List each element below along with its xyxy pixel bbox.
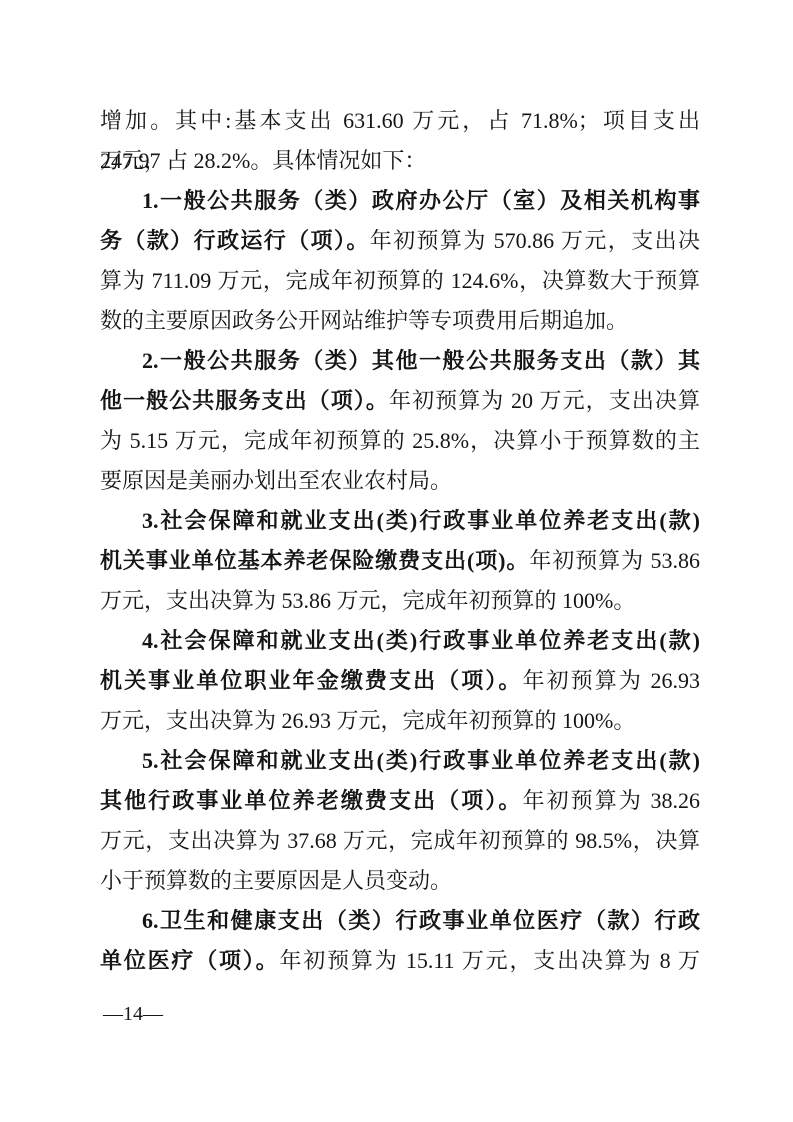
heading-segment: 他一般公共服务支出（项）。 (100, 388, 389, 413)
body-segment: 年初预算为 20 万元，支出决算 (389, 388, 700, 413)
heading-segment: 机关事业单位职业年金缴费支出（项）。 (100, 668, 522, 693)
body-segment: 算为 711.09 万元，完成年初预算的 124.6%，决算数大于预算 (100, 268, 700, 293)
body-segment: 小于预算数的主要原因是人员变动。 (100, 868, 452, 893)
text-line: 单位医疗（项）。年初预算为 15.11 万元，支出决算为 8 万 (100, 941, 700, 981)
text-line: 万元，支出决算为 26.93 万元，完成年初预算的 100%。 (100, 701, 700, 741)
body-segment: 年初预算为 570.86 万元，支出决 (370, 228, 700, 253)
text-line: 他一般公共服务支出（项）。年初预算为 20 万元，支出决算 (100, 381, 700, 421)
body-segment: 年初预算为 38.26 (522, 788, 700, 813)
text-line: 2.一般公共服务（类）其他一般公共服务支出（款）其 (100, 341, 700, 381)
heading-segment: 3.社会保障和就业支出(类)行政事业单位养老支出(款) (142, 508, 700, 533)
text-line: 增加。其中:基本支出 631.60 万元，占 71.8%；项目支出 247.97 (100, 101, 700, 141)
body-segment: 万元，支出决算为 26.93 万元，完成年初预算的 100%。 (100, 708, 635, 733)
body-segment: 年初预算为 26.93 (522, 668, 700, 693)
text-line: 6.卫生和健康支出（类）行政事业单位医疗（款）行政 (100, 901, 700, 941)
body-segment: 数的主要原因政务公开网站维护等专项费用后期追加。 (100, 308, 628, 333)
text-line: 务（款）行政运行（项）。年初预算为 570.86 万元，支出决 (100, 221, 700, 261)
heading-segment: 6.卫生和健康支出（类）行政事业单位医疗（款）行政 (142, 908, 700, 933)
body-segment: 年初预算为 15.11 万元，支出决算为 8 万 (280, 948, 701, 973)
heading-segment: 其他行政事业单位养老缴费支出（项）。 (100, 788, 522, 813)
text-line: 数的主要原因政务公开网站维护等专项费用后期追加。 (100, 301, 700, 341)
body-segment: 年初预算为 53.86 (529, 548, 700, 573)
heading-segment: 2.一般公共服务（类）其他一般公共服务支出（款）其 (142, 348, 700, 373)
heading-segment: 机关事业单位基本养老保险缴费支出(项)。 (100, 548, 529, 573)
body-segment: 万元，占 28.2%。具体情况如下： (100, 148, 426, 173)
document-page: 增加。其中:基本支出 631.60 万元，占 71.8%；项目支出 247.97… (0, 0, 793, 1122)
text-line: 4.社会保障和就业支出(类)行政事业单位养老支出(款) (100, 621, 700, 661)
heading-segment: 1.一般公共服务（类）政府办公厅（室）及相关机构事 (142, 188, 700, 213)
text-line: 万元，支出决算为 53.86 万元，完成年初预算的 100%。 (100, 581, 700, 621)
text-line: 为 5.15 万元，完成年初预算的 25.8%，决算小于预算数的主 (100, 421, 700, 461)
heading-segment: 4.社会保障和就业支出(类)行政事业单位养老支出(款) (142, 628, 700, 653)
text-line: 机关事业单位基本养老保险缴费支出(项)。年初预算为 53.86 (100, 541, 700, 581)
body-segment: 万元，支出决算为 37.68 万元，完成年初预算的 98.5%，决算 (100, 828, 700, 853)
text-line: 3.社会保障和就业支出(类)行政事业单位养老支出(款) (100, 501, 700, 541)
heading-segment: 务（款）行政运行（项）。 (100, 228, 370, 253)
page-number: —14— (103, 1002, 163, 1026)
text-block: 增加。其中:基本支出 631.60 万元，占 71.8%；项目支出 247.97… (100, 101, 700, 981)
text-line: 算为 711.09 万元，完成年初预算的 124.6%，决算数大于预算 (100, 261, 700, 301)
text-line: 其他行政事业单位养老缴费支出（项）。年初预算为 38.26 (100, 781, 700, 821)
text-line: 小于预算数的主要原因是人员变动。 (100, 861, 700, 901)
text-line: 万元，占 28.2%。具体情况如下： (100, 141, 700, 181)
heading-segment: 单位医疗（项）。 (100, 948, 280, 973)
text-line: 万元，支出决算为 37.68 万元，完成年初预算的 98.5%，决算 (100, 821, 700, 861)
text-line: 5.社会保障和就业支出(类)行政事业单位养老支出(款) (100, 741, 700, 781)
body-segment: 万元，支出决算为 53.86 万元，完成年初预算的 100%。 (100, 588, 635, 613)
heading-segment: 5.社会保障和就业支出(类)行政事业单位养老支出(款) (142, 748, 700, 773)
text-line: 要原因是美丽办划出至农业农村局。 (100, 461, 700, 501)
text-line: 机关事业单位职业年金缴费支出（项）。年初预算为 26.93 (100, 661, 700, 701)
text-line: 1.一般公共服务（类）政府办公厅（室）及相关机构事 (100, 181, 700, 221)
body-segment: 要原因是美丽办划出至农业农村局。 (100, 468, 452, 493)
body-segment: 为 5.15 万元，完成年初预算的 25.8%，决算小于预算数的主 (100, 428, 700, 453)
